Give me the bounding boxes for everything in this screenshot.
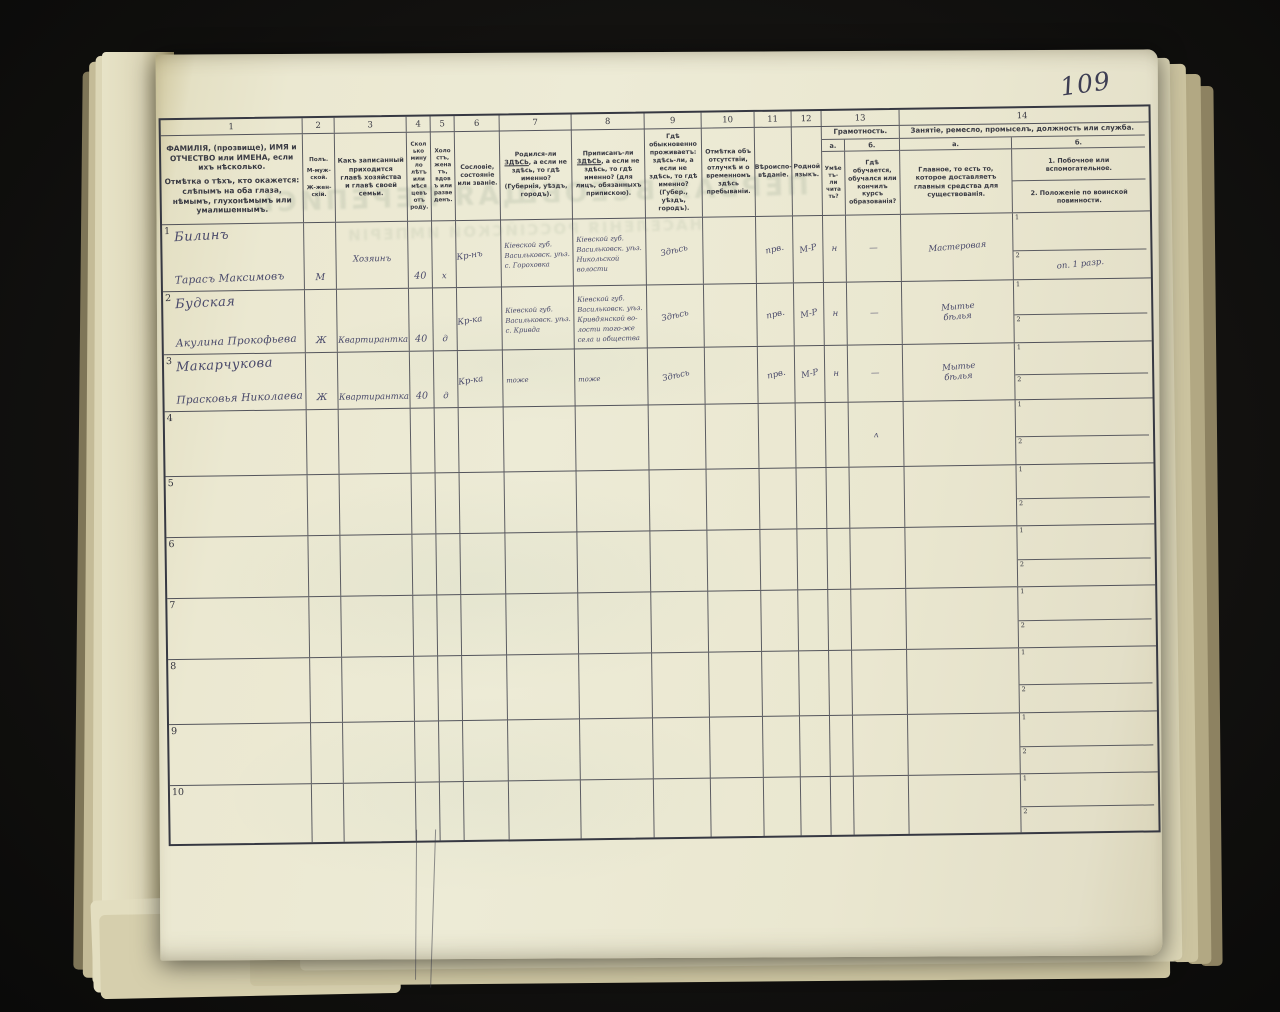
subheader-b: б. [845, 139, 899, 151]
header-text: Родной языкъ. [793, 163, 820, 179]
side-occupation-box: 1 [1021, 772, 1154, 807]
sub-box-number: 2 [1016, 316, 1020, 324]
cell-name: 3МакарчуковаПрасковья Николаева [164, 353, 307, 411]
header-text: Гдѣ обучается, обучался или кончилъ курс… [847, 159, 898, 207]
header-language-column: Родной языкъ. [792, 127, 823, 215]
sub-box-label: 2 [1021, 622, 1025, 630]
cell-birthplace [506, 593, 579, 654]
hw-given-name: Прасковья Николаева [176, 390, 301, 407]
sub-box-number: 1 [1015, 213, 1019, 221]
sub-box-number: 2 [1020, 561, 1024, 569]
cell-religion [760, 468, 798, 529]
cell-marital: д [434, 351, 459, 407]
cell-relation [344, 783, 417, 842]
hw-estate: Кр-нъ [456, 249, 483, 263]
column-number-label: 2 [315, 120, 321, 130]
header-text: Какъ записанный приходится главѣ хозяйст… [337, 156, 405, 198]
cell-relation [340, 474, 413, 535]
cell-registration: Кіевской губ.Васильковск. уѣз.Никольской… [573, 218, 647, 285]
column-number: 13 [822, 110, 900, 126]
sub-box-number: 2 [1017, 375, 1021, 383]
hw-can-read: н [832, 244, 838, 254]
column-number: 7 [500, 114, 572, 130]
row-number-label: 6 [168, 539, 174, 550]
cell-birthplace: Кіевской губ.Васильковск. уѣз.с. Кривда [502, 286, 575, 349]
header-registration-column: Приписанъ-ли ЗДѢСЬ, а если не здѣсь, то … [572, 129, 646, 218]
cell-occupation-side: 12 [1021, 772, 1155, 832]
cell-absence [711, 778, 765, 837]
cell-occupation-main [904, 465, 1017, 527]
cell-residence [650, 470, 708, 531]
cell-where-educated: — [848, 345, 904, 402]
header-age-column: Сколько минуло лѣтъ или мѣсяцевъ отъ род… [407, 132, 432, 220]
cell-age [412, 473, 437, 533]
cell-residence: Здѣсь [646, 218, 704, 285]
hw-relation: Квартирантка [338, 335, 408, 346]
cell-relation [343, 722, 416, 783]
hw-marital: д [443, 391, 449, 401]
sub-box-number: 1 [1017, 343, 1021, 351]
census-table: 1234567891011121314ФАМИЛІЯ, (прозвище), … [159, 104, 1161, 846]
header-occupation-main: Главное, то есть то, которое доставляетъ… [900, 149, 1013, 214]
sub-box-label: 2 [1022, 685, 1026, 693]
sub-box-label: 2 [1018, 437, 1022, 445]
hw-birthplace-line: с. Гороховка [501, 259, 549, 271]
column-number-label: 13 [855, 113, 866, 123]
cell-religion: прв. [757, 283, 795, 346]
cell-religion: прв. [756, 216, 794, 283]
row-number-label: 8 [170, 661, 176, 672]
cell-age [413, 595, 438, 655]
occupation-subcolumns: Главное, то есть то, которое доставляетъ… [900, 147, 1146, 213]
header-can-read: Умѣетъ-ли читать? [822, 152, 846, 215]
sub-box-number: 2 [1019, 500, 1023, 508]
column-number-label: 1 [228, 122, 234, 132]
cell-occupation-main [908, 713, 1021, 775]
cell-language [800, 716, 831, 776]
column-number-label: 8 [605, 116, 611, 126]
cell-can-read [827, 529, 851, 589]
cell-sex: М [304, 223, 337, 289]
cell-occupation-main: Мастеровая [901, 213, 1014, 281]
header-text: Приписанъ-ли ЗДѢСЬ, а если не здѣсь, то … [574, 150, 643, 199]
cell-estate [459, 407, 505, 472]
header-text: ФАМИЛІЯ, (прозвище), ИМЯ и ОТЧЕСТВО или … [163, 142, 300, 173]
military-status-box: 2 [1014, 314, 1147, 342]
cell-occupation-side: 12оп. 1 разр. [1013, 211, 1147, 279]
cell-registration [579, 653, 653, 718]
side-occupation-box: 1 [1020, 711, 1153, 747]
cell-age [412, 534, 437, 594]
cell-occupation-side: 12 [1015, 341, 1149, 399]
column-number-label: 10 [722, 115, 733, 125]
side-occupation-box: 1 [1014, 278, 1147, 315]
cell-birthplace [508, 719, 581, 780]
cell-marital [437, 595, 462, 655]
cell-marital [436, 473, 461, 533]
cell-birthplace [504, 406, 577, 471]
header-where-educated: Гдѣ обучается, обучался или кончилъ курс… [845, 151, 900, 215]
cell-registration [578, 592, 652, 653]
cell-language [796, 403, 827, 467]
cell-registration [580, 718, 654, 779]
cell-marital: д [433, 288, 458, 350]
cell-residence: Здѣсь [648, 348, 706, 405]
handwritten-page-number: 109 [1058, 66, 1112, 102]
military-status-box: 2 [1017, 498, 1150, 526]
cell-registration [576, 405, 650, 470]
hw-religion: прв. [765, 308, 785, 322]
cell-where-educated [853, 715, 909, 776]
header-estate-column: Сословіе, состояніе или званіе. [455, 131, 501, 220]
cell-where-educated: ʌ [849, 402, 905, 467]
military-status-box: 2 [1019, 620, 1152, 648]
sub-box-number: 1 [1018, 465, 1022, 473]
cell-name: 2БудскаяАкулина Прокофьева [163, 290, 306, 354]
cell-name: 6 [166, 536, 309, 598]
header-row: ФАМИЛІЯ, (прозвище), ИМЯ и ОТЧЕСТВО или … [161, 122, 1150, 225]
cell-absence [704, 284, 758, 347]
cell-can-read [828, 590, 852, 650]
cell-name: 1БилинъТарасъ Максимовъ [162, 223, 305, 291]
row-number-label: 10 [172, 787, 184, 798]
cell-can-read [830, 716, 854, 776]
sub-box-number: 1 [1021, 648, 1025, 656]
literacy-subcolumns: Умѣетъ-ли читать?Гдѣ обучается, обучался… [822, 151, 900, 215]
header-occupation-side: 1. Побочное или вспомогательное.2. Полож… [1012, 147, 1146, 212]
column-number-label: 5 [439, 119, 445, 129]
row-number: 2 [165, 293, 171, 304]
cell-age: 40 [408, 221, 433, 287]
column-number: 3 [335, 117, 407, 133]
cell-occupation-main [907, 648, 1020, 714]
sub-box-label: 1 [1017, 343, 1021, 351]
military-status-box: 2 [1016, 435, 1149, 464]
cell-relation: Хозяинъ [336, 222, 409, 289]
cell-can-read [831, 777, 855, 835]
cell-occupation-main: Мытьебѣлья [902, 280, 1015, 344]
hw-surname: Будская [175, 291, 301, 312]
header-text: 1. Побочное или вспомогательное. [1014, 155, 1143, 173]
header-text: Холостъ, женатъ, вдовъ или разведенъ. [433, 148, 453, 204]
header-text: Вѣроиспо-вѣданіе. [755, 163, 792, 179]
cell-occupation-side: 12 [1016, 463, 1150, 525]
cell-estate [460, 472, 506, 533]
header-literacy-title: Грамотность. [822, 126, 899, 140]
row-number-label: 3 [166, 356, 172, 367]
column-number-label: 3 [367, 120, 373, 130]
subheader-b: б. [1012, 135, 1145, 148]
ink-mark: ʌ [874, 430, 879, 439]
stray-rule-line [415, 830, 417, 980]
cell-estate: Кр-нъ [456, 220, 502, 287]
side-occupation-box: 1 [1016, 463, 1149, 499]
cell-age [414, 656, 439, 720]
literacy-subheader-row: а.б. [822, 139, 899, 152]
header-text: Сословіе, состояніе или званіе. [457, 164, 497, 188]
cell-religion [764, 777, 802, 836]
military-status-box: 2 [1015, 374, 1148, 400]
cell-where-educated [850, 528, 906, 589]
cell-relation [339, 409, 412, 474]
cell-can-read [827, 468, 851, 528]
row-number-label: 1 [164, 226, 170, 237]
cell-birthplace [505, 471, 578, 532]
cell-name: 5 [166, 475, 309, 537]
row-number: 5 [168, 478, 174, 489]
hw-relation: Квартирантка [339, 392, 409, 403]
cell-estate [462, 655, 508, 720]
cell-relation [340, 535, 413, 596]
sub-box-label: 2 [1020, 561, 1024, 569]
column-number-label: 11 [767, 114, 778, 124]
cell-sex [309, 597, 342, 657]
cell-name: 7 [167, 597, 310, 659]
sub-box-number: 1 [1020, 587, 1024, 595]
sub-box-number: 1 [1019, 526, 1023, 534]
cell-relation: Квартирантка [337, 289, 410, 352]
hw-where-educated: — [870, 308, 879, 318]
header-name-column: ФАМИЛІЯ, (прозвище), ИМЯ и ОТЧЕСТВО или … [161, 134, 304, 224]
cell-estate [461, 594, 507, 655]
sub-box-number: 2 [1023, 807, 1027, 815]
cell-language: М-Р [793, 216, 824, 282]
sub-box-label: 2 [1019, 500, 1023, 508]
sub-box-label: 1 [1021, 648, 1025, 656]
cell-estate [464, 781, 510, 840]
cell-absence [705, 347, 759, 404]
cell-sex [311, 723, 344, 783]
row-number-label: 7 [169, 600, 175, 611]
cell-residence [652, 653, 710, 718]
cell-marital [439, 721, 464, 781]
cell-sex [308, 475, 341, 535]
row-number-label: 9 [171, 726, 177, 737]
hw-given-name: Акулина Прокофьева [175, 333, 300, 350]
cell-absence [707, 469, 761, 530]
header-text: Умѣетъ-ли читать? [824, 166, 842, 201]
cell-estate [463, 720, 509, 781]
sub-box-label: 2 [1015, 251, 1019, 259]
cell-language [798, 590, 829, 650]
cell-registration: тоже [575, 348, 649, 405]
cell-occupation-main [905, 526, 1018, 588]
sub-box-label: 2 [1016, 316, 1020, 324]
hw-marital: д [442, 334, 448, 344]
hw-military-status: оп. 1 разр. [1056, 257, 1104, 272]
side-occupation-box: 1 [1018, 585, 1151, 621]
cell-language: М-Р [794, 283, 825, 345]
cell-name: 10 [170, 784, 313, 844]
column-number-label: 12 [801, 114, 812, 124]
row-number-label: 4 [167, 413, 173, 424]
hw-sex: М [315, 272, 325, 283]
cell-birthplace: Кіевской губ.Васильковск. уѣз.с. Горохов… [501, 219, 574, 286]
cell-absence [708, 591, 762, 652]
sub-box-number: 1 [1016, 280, 1020, 288]
hw-given-name: Тарасъ Максимовъ [175, 270, 300, 287]
header-text: 2. Положеніе по воинской повинности. [1015, 187, 1144, 205]
cell-absence [710, 717, 764, 778]
hw-can-read: н [833, 369, 839, 379]
cell-registration [577, 470, 651, 531]
header-text: Гдѣ обыкновенно проживаетъ: здѣсь-ли, а … [647, 133, 700, 213]
header-text: М-муж-ской. [305, 167, 332, 181]
cell-absence [707, 530, 761, 591]
column-number: 1 [161, 118, 303, 135]
header-text: Грамотность. [833, 128, 887, 136]
military-status-box: 2оп. 1 разр. [1013, 249, 1146, 279]
header-text: Полъ. [309, 156, 328, 163]
hw-occupation-line: бѣлья [944, 371, 973, 383]
hw-language: М-Р [800, 367, 819, 381]
column-number: 6 [455, 115, 500, 131]
sub-box-number: 1 [1018, 400, 1022, 408]
cell-name: 9 [169, 723, 312, 785]
cell-language [797, 468, 828, 528]
sub-box-label: 1 [1020, 587, 1024, 595]
military-status-box: 2 [1018, 559, 1151, 587]
cell-sex [310, 658, 343, 722]
sub-box-label: 1 [1018, 400, 1022, 408]
cell-marital [435, 408, 460, 472]
hw-age: 40 [415, 334, 427, 345]
column-number: 5 [431, 116, 455, 131]
hw-registration-line: тоже [575, 374, 601, 385]
row-number: 10 [172, 787, 184, 798]
header-side-occupation: 1. Побочное или вспомогательное. [1012, 147, 1145, 181]
header-text: Родился-ли ЗДѢСЬ, а если не здѣсь, то гд… [502, 151, 570, 200]
cell-religion [762, 651, 800, 716]
cell-residence [649, 405, 707, 470]
header-text: Отмѣтка о тѣхъ, кто окажется: слѣпымъ на… [163, 175, 301, 216]
cell-residence [650, 531, 708, 592]
header-text: Отмѣтка объ отсутствіи, отлучкѣ и о врем… [704, 148, 753, 196]
cell-occupation-main [909, 774, 1022, 834]
row-number: 3 [166, 356, 172, 367]
hw-residence: Здѣсь [660, 243, 689, 259]
row-number: 4 [167, 413, 173, 424]
cell-estate: Кр-ка [458, 350, 504, 407]
cell-residence: Здѣсь [647, 285, 705, 348]
hw-religion: прв. [764, 243, 784, 257]
sub-box-number: 2 [1015, 251, 1019, 259]
hw-surname: Билинъ [174, 224, 300, 245]
sub-box-number: 2 [1022, 685, 1026, 693]
cell-age [411, 408, 436, 472]
cell-occupation-side: 12 [1016, 398, 1150, 464]
cell-religion [761, 590, 799, 651]
cell-can-read [829, 651, 853, 715]
cell-birthplace [507, 654, 580, 719]
cell-occupation-side: 12 [1020, 711, 1154, 773]
sub-box-number: 2 [1018, 437, 1022, 445]
cell-sex: Ж [306, 353, 339, 409]
cell-sex: Ж [305, 290, 338, 352]
row-number-label: 5 [168, 478, 174, 489]
cell-absence [709, 652, 763, 717]
cell-sex [308, 536, 341, 596]
sub-box-label: 2 [1017, 375, 1021, 383]
header-occupation-column: Занятіе, ремесло, промыселъ, должность и… [900, 122, 1146, 213]
cell-absence [703, 217, 757, 284]
cell-can-read: н [823, 216, 847, 282]
header-relation-column: Какъ записанный приходится главѣ хозяйст… [335, 133, 408, 222]
sub-box-number: 1 [1022, 713, 1026, 721]
column-number: 9 [645, 113, 702, 129]
cell-can-read: н [824, 283, 848, 345]
cell-occupation-side: 12 [1018, 585, 1152, 647]
sub-box-label: 1 [1023, 774, 1027, 782]
cell-age: 40 [410, 351, 435, 407]
sub-box-number: 1 [1023, 774, 1027, 782]
row-number: 9 [171, 726, 177, 737]
hw-where-educated: — [871, 368, 880, 378]
header-marital-column: Холостъ, женатъ, вдовъ или разведенъ. [431, 132, 456, 220]
cell-registration: Кіевской губ.Васильковск. уѣз.Кривдянско… [574, 285, 648, 348]
cell-can-read: н [825, 346, 849, 402]
hw-registration-line: волости [574, 264, 608, 275]
hw-age: 40 [416, 391, 428, 402]
scanned-book-photo: ПЕРВАЯ ВСЕОБЩАЯ ПЕРЕПИСЬ НАСЕЛЕНІЯ РОССІ… [0, 0, 1280, 1012]
cell-residence [653, 718, 711, 779]
cell-sex [312, 784, 345, 842]
cell-language [801, 777, 832, 835]
column-number: 2 [303, 118, 335, 133]
cell-occupation-main: Мытьебѣлья [903, 343, 1016, 401]
column-number: 10 [702, 112, 755, 128]
side-occupation-box: 1 [1016, 398, 1149, 436]
cell-estate: Кр-ка [457, 287, 503, 350]
cell-occupation-main [906, 587, 1019, 649]
cell-marital: х [432, 221, 457, 287]
header-text: Занятіе, ремесло, промыселъ, должность и… [910, 125, 1134, 136]
cell-religion: прв. [758, 346, 796, 403]
cell-marital [436, 534, 461, 594]
hw-sex: Ж [317, 392, 328, 403]
header-military-status: 2. Положеніе по воинской повинности. [1013, 179, 1146, 212]
cell-where-educated [851, 589, 907, 650]
column-number-label: 14 [1017, 111, 1028, 121]
column-number-label: 7 [532, 117, 538, 127]
sub-box-label: 2 [1023, 807, 1027, 815]
hw-occupation-line: бѣлья [943, 311, 972, 323]
cell-age [415, 721, 440, 781]
subheader-a: а. [900, 137, 1012, 150]
cell-residence [654, 779, 712, 838]
cell-relation: Квартирантка [338, 352, 411, 409]
hw-age: 40 [414, 271, 426, 282]
hw-surname: Макарчукова [176, 354, 302, 375]
hw-birthplace-line: с. Кривда [502, 325, 540, 336]
hw-language: М-Р [799, 307, 818, 321]
header-text: Главное, то есть то, которое доставляетъ… [902, 164, 1009, 199]
cell-relation [341, 596, 414, 657]
cell-religion [760, 529, 798, 590]
cell-religion [759, 403, 797, 468]
cell-name: 8 [168, 658, 311, 724]
column-number-label: 6 [474, 118, 480, 128]
row-number: 8 [170, 661, 176, 672]
hw-occupation-line: Мастеровая [928, 240, 986, 255]
sub-box-number: 2 [1022, 748, 1026, 756]
cell-language: М-Р [795, 346, 826, 402]
column-number: 8 [572, 113, 645, 129]
census-form-page: ПЕРВАЯ ВСЕОБЩАЯ ПЕРЕПИСЬ НАСЕЛЕНІЯ РОССІ… [156, 49, 1163, 960]
subheader-a: а. [822, 140, 845, 151]
cell-age [416, 782, 441, 840]
cell-where-educated [850, 467, 906, 528]
